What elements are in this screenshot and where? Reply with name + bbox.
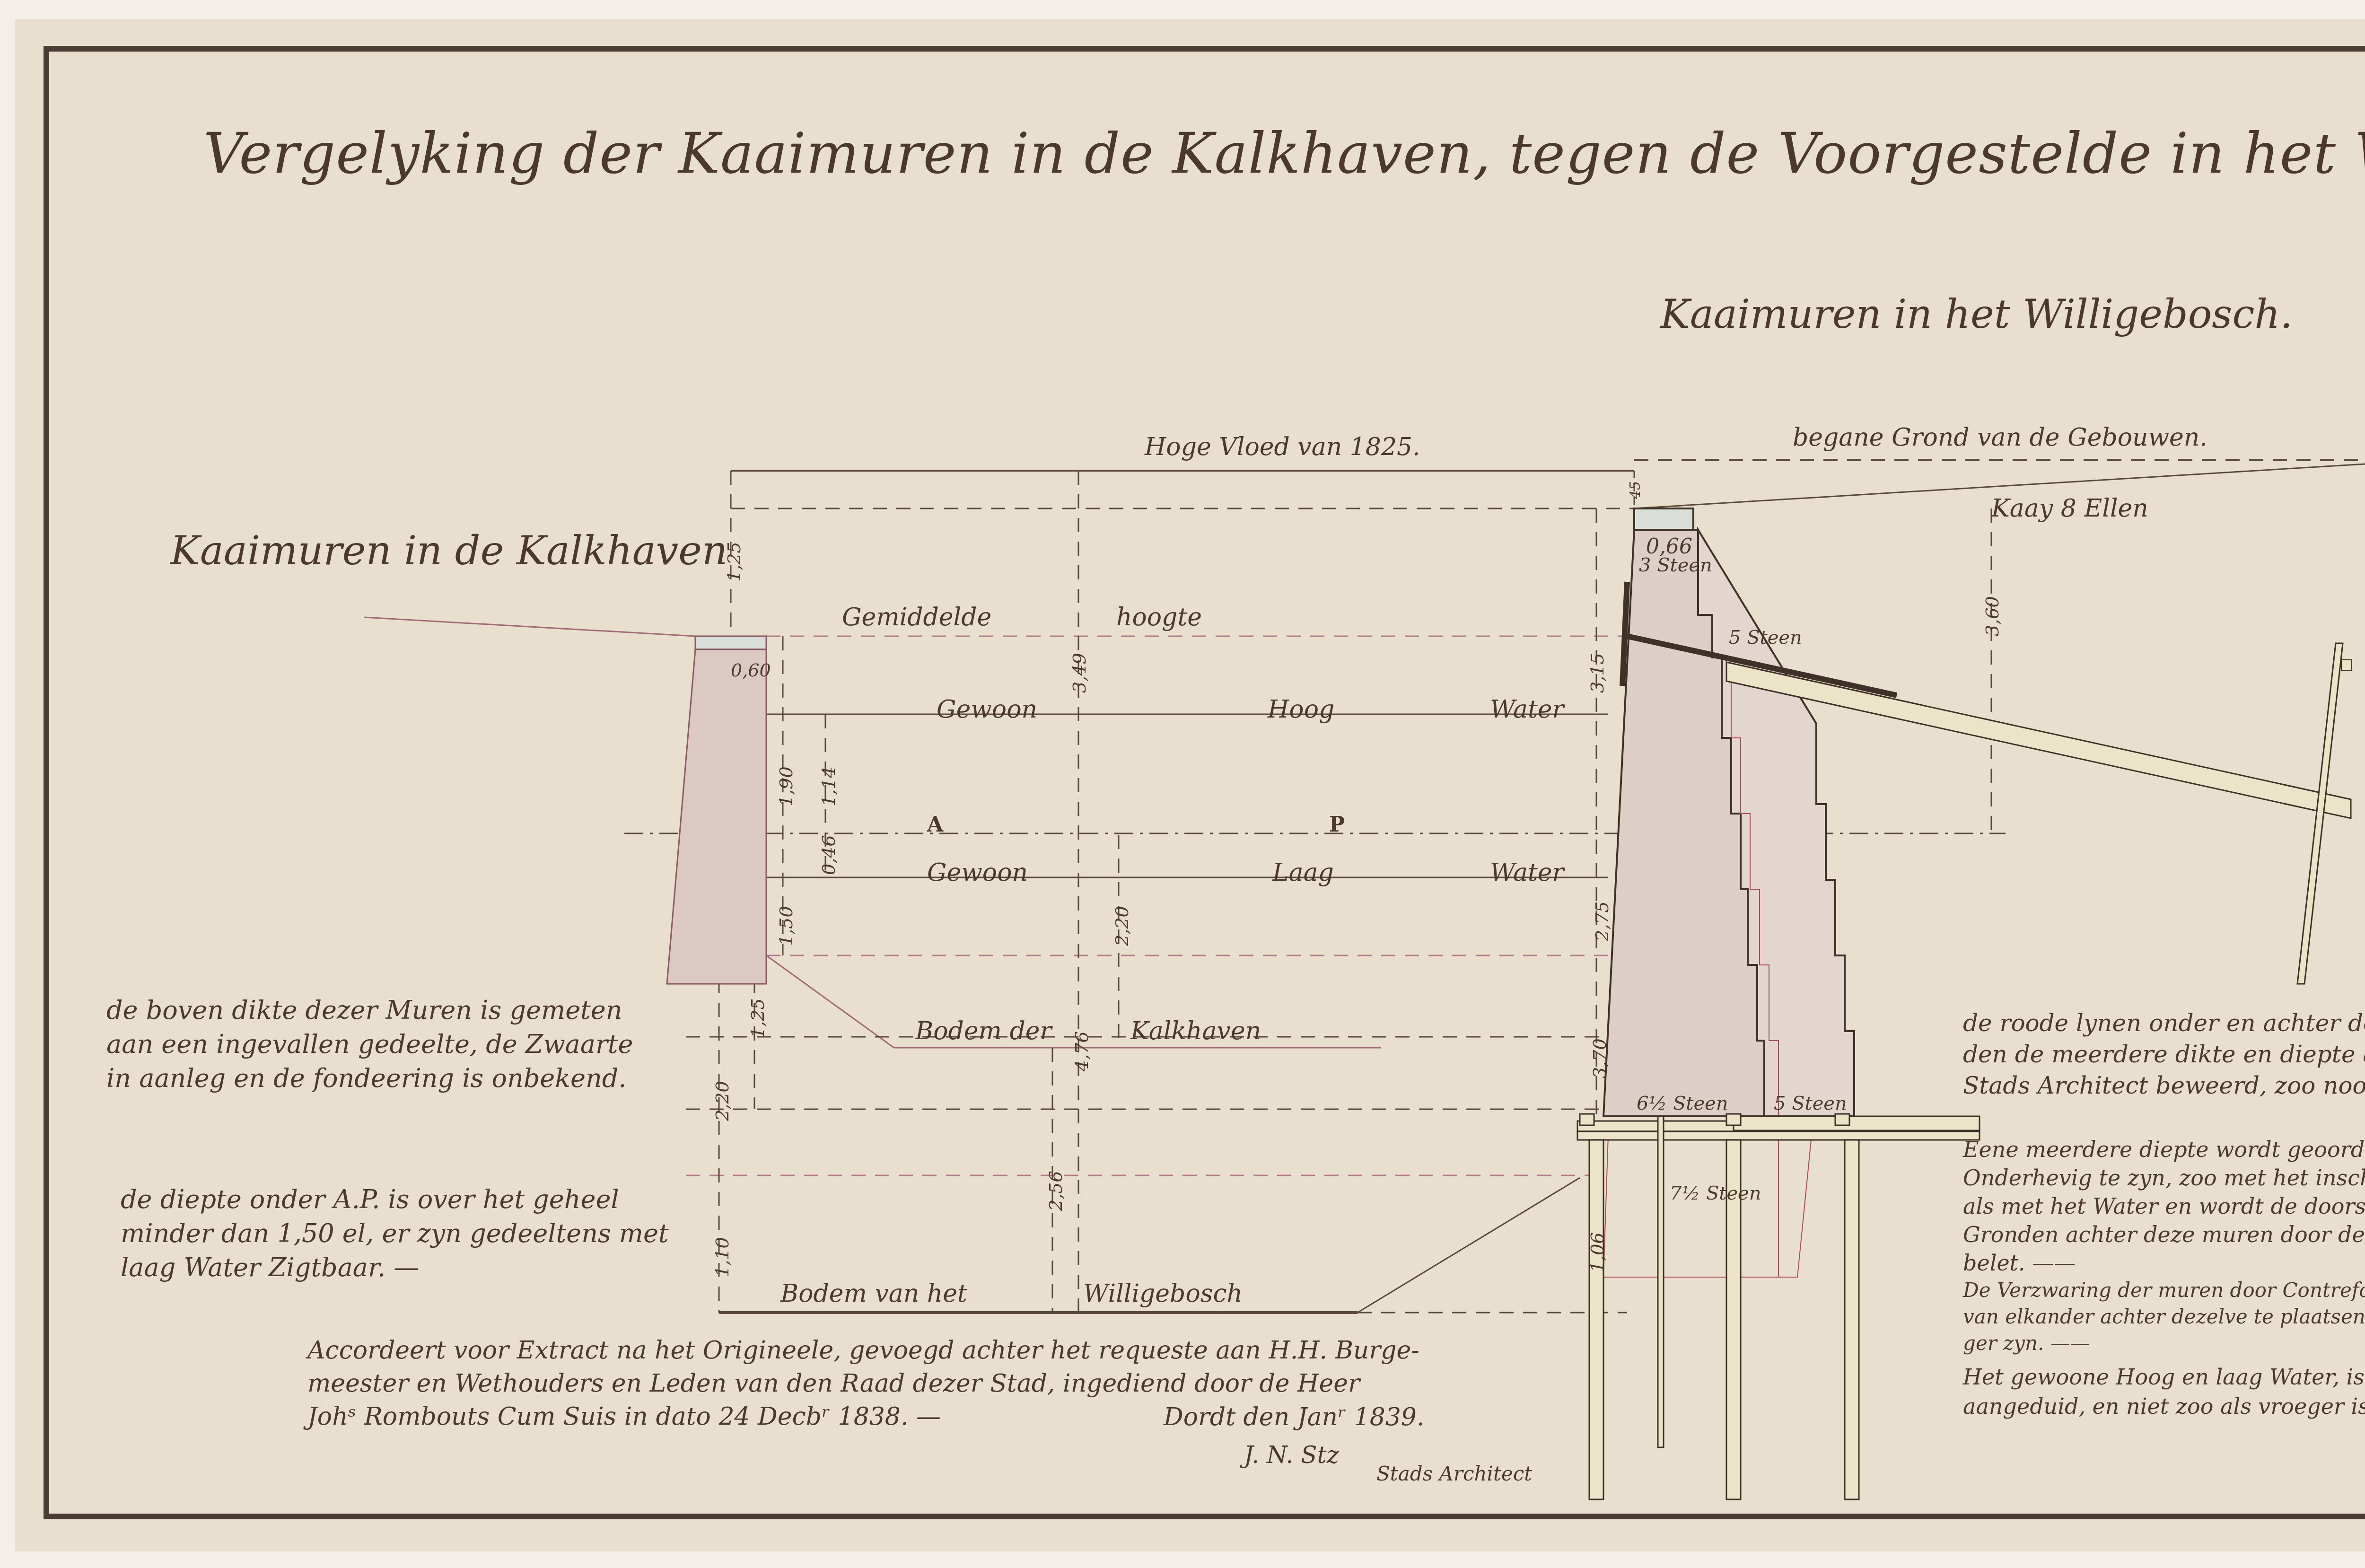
dim-2-20-mid: 2,20 xyxy=(1112,906,1132,946)
high-water-label-2: Hoog xyxy=(1268,695,1334,724)
right-note-water-levels: Het gewoone Hoog en laag Water, is zoo a… xyxy=(1963,1362,2365,1421)
right-note-red-lines: de roode lynen onder en achter deze mure… xyxy=(1963,1007,2365,1101)
left-note-wall-thickness: de boven dikte dezer Muren is gemeten aa… xyxy=(106,993,633,1095)
high-water-label-3: Water xyxy=(1490,695,1564,724)
mean-height-label-1: Gemiddelde xyxy=(842,603,991,631)
dim-1-25-low: 1,25 xyxy=(747,998,768,1038)
dim-1-10: 1,10 xyxy=(712,1237,733,1277)
drawing-title: Vergelyking der Kaaimuren in de Kalkhave… xyxy=(203,121,2365,186)
datum-p-label: P xyxy=(1329,813,1345,837)
footing-bricks: 7½ Steen xyxy=(1670,1183,1761,1204)
quay-width-label: Kaay 8 Ellen xyxy=(1991,494,2148,523)
dim-2-75: 2,75 xyxy=(1592,901,1612,941)
datum-a-label: A xyxy=(927,813,943,837)
left-note-depth: de diepte onder A.P. is over het geheel … xyxy=(121,1183,669,1285)
dim-3-49: 3,49 xyxy=(1069,653,1090,693)
bottom-kalkhaven-label-1: Bodem der xyxy=(915,1017,1051,1045)
dim-2-56: 2,56 xyxy=(1045,1171,1066,1211)
dim-1-50: 1,50 xyxy=(776,906,797,946)
place-date: Dordt den Janʳ 1839. xyxy=(1164,1400,1424,1434)
low-water-label-2: Laag xyxy=(1272,858,1334,887)
right-note-counterforts: De Verzwaring der muren door Contreforte… xyxy=(1963,1277,2365,1357)
bottom-willigebosch-label-1: Bodem van het xyxy=(780,1279,967,1308)
ground-level-label: begane Grond van de Gebouwen. xyxy=(1793,423,2207,452)
dim-2-20-low: 2,20 xyxy=(712,1081,733,1121)
base-left-bricks: 6½ Steen xyxy=(1637,1093,1728,1114)
dim-4-76: 4,76 xyxy=(1071,1031,1092,1071)
signature: J. N. Stz xyxy=(1244,1438,1339,1472)
dim-1-25-top: 1,25 xyxy=(724,542,745,582)
bottom-willigebosch-label-2: Willigebosch xyxy=(1083,1279,1243,1308)
mean-height-label-2: hoogte xyxy=(1116,603,1202,631)
dim-3-60: 3,60 xyxy=(1982,596,2003,636)
willigebosch-heading: Kaaimuren in het Willigebosch. xyxy=(1660,291,2293,337)
left-wall-top-thickness: 0,60 xyxy=(731,660,771,681)
flood-1825-label: Hoge Vloed van 1825. xyxy=(1145,433,1420,461)
dim-0-46: 0,46 xyxy=(818,835,839,875)
dim-45: 45 xyxy=(1627,481,1644,499)
right-wall-top-bricks: 3 Steen xyxy=(1639,554,1712,576)
kalkhaven-wall xyxy=(667,636,766,984)
high-water-label-1: Gewoon xyxy=(937,695,1037,724)
dim-3-70: 3,70 xyxy=(1589,1038,1610,1078)
dim-3-15: 3,15 xyxy=(1587,653,1608,693)
right-note-depth-danger: Eene meerdere diepte wordt geoordeeld aa… xyxy=(1963,1135,2365,1277)
dim-1-90: 1,90 xyxy=(776,766,797,806)
bottom-kalkhaven-label-2: Kalkhaven xyxy=(1130,1017,1261,1045)
base-right-bricks: 5 Steen xyxy=(1774,1093,1847,1114)
signature-title: Stads Architect xyxy=(1376,1457,1532,1491)
dim-1-14: 1,14 xyxy=(818,766,839,806)
kalkhaven-heading: Kaaimuren in de Kalkhaven xyxy=(170,527,727,574)
dim-1-06: 1,06 xyxy=(1587,1232,1608,1272)
low-water-label-3: Water xyxy=(1490,858,1564,887)
counterfort-bricks: 5 Steen xyxy=(1729,627,1802,648)
low-water-label-1: Gewoon xyxy=(927,858,1028,887)
